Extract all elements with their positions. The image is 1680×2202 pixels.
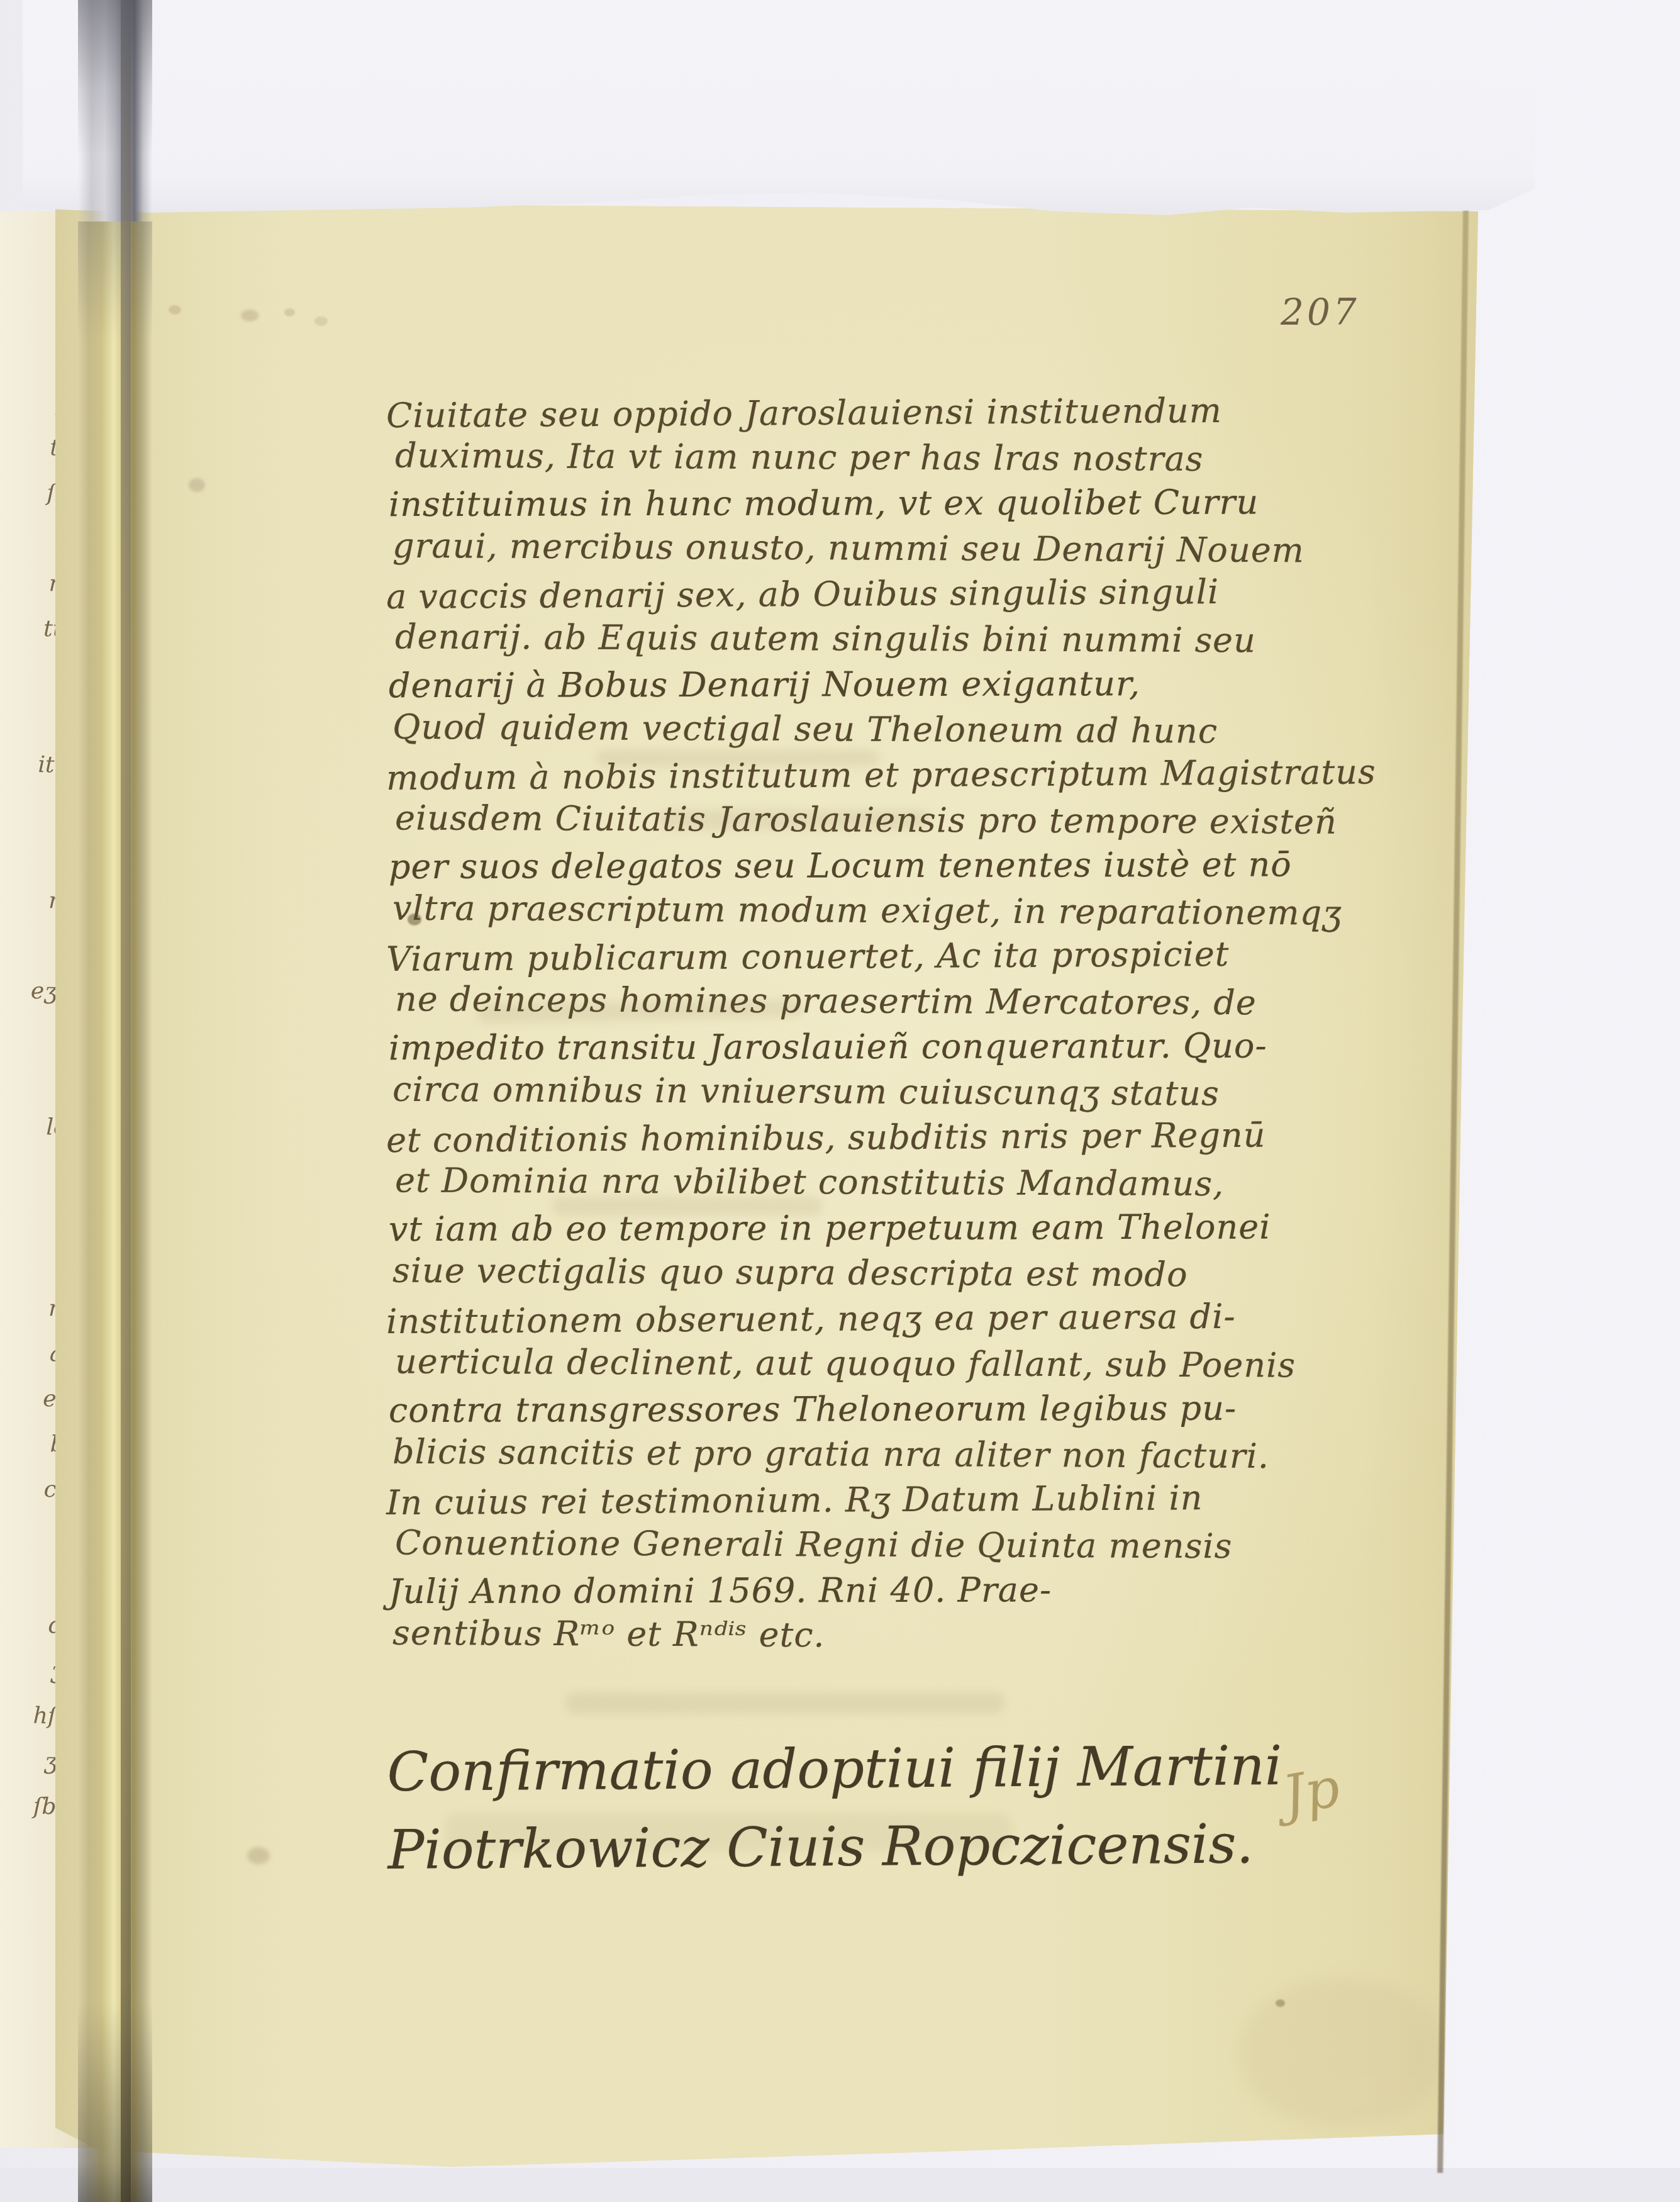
ink-stain [189,478,205,492]
manuscript-line: et conditionis hominibus, subditis nris … [386,1112,1423,1163]
manuscript-line: vltra praescriptum modum exiget, in repa… [392,886,1423,937]
manuscript-line: impedito transitu Jaroslauieñ conquerant… [389,1023,1423,1071]
manuscript-line: per suos delegatos seu Locum tenentes iu… [389,842,1423,890]
manuscript-line: ne deinceps homines praesertim Mercatore… [395,976,1423,1026]
manuscript-line: In cuius rei testimonium. Rʒ Datum Lubli… [386,1474,1423,1526]
manuscript-line: vt iam ab eo tempore in perpetuum eam Th… [389,1204,1423,1252]
manuscript-line: denarij. ab Equis autem singulis bini nu… [395,614,1423,664]
ink-stain [314,316,328,326]
manuscript-line: eiusdem Ciuitatis Jaroslauiensis pro tem… [395,795,1423,845]
manuscript-line: Quod quidem vectigal seu Theloneum ad hu… [392,705,1423,756]
manuscript-line: siue vectigalis quo supra descripta est … [392,1248,1423,1299]
ink-stain [247,1847,270,1864]
ink-stain [169,305,181,315]
page-number: 207 [1281,291,1360,333]
gutter-film-strip [78,221,152,2202]
manuscript-line: a vaccis denarij sex, ab Ouibus singulis… [386,568,1423,620]
manuscript-line: Conuentione Generali Regni die Quinta me… [395,1520,1423,1570]
manuscript-line: contra transgressores Theloneorum legibu… [389,1385,1423,1433]
manuscript-body: Ciuitate seu oppido Jaroslauiensi instit… [385,390,1423,1658]
manuscript-line: circa omnibus in vniuersum cuiuscunqʒ st… [392,1067,1423,1118]
manuscript-line: sentibus Rᵐᵒ et Rⁿᵈⁱˢ etc. [392,1611,1423,1662]
manuscript-line: institutionem obseruent, neqʒ ea per aue… [386,1293,1423,1344]
manuscript-line: Ciuitate seu oppido Jaroslauiensi instit… [386,387,1423,439]
section-heading-line: Confirmatio adoptiui filij Martini [387,1727,1282,1811]
backing-sheet-bottom [0,2168,1680,2202]
manuscript-line: modum à nobis institutum et praescriptum… [386,749,1423,801]
manuscript-line: uerticula declinent, aut quoquo fallant,… [395,1339,1423,1389]
manuscript-page: 207 Ciuitate seu oppido Jaroslauiensi in… [55,203,1478,2177]
manuscript-line: denarij à Bobus Denarij Nouem exigantur, [389,661,1423,708]
manuscript-scan: ſʒ tis ſto o: m: tur t ititi b ʒ: ni: o:… [0,0,1680,2202]
ink-stain [284,308,295,316]
manuscript-line: Julij Anno domini 1569. Rni 40. Prae- [389,1567,1423,1614]
manuscript-line: instituimus in hunc modum, vt ex quolibe… [389,479,1423,527]
ink-stain [1238,1977,1445,2128]
ink-stain [241,310,259,321]
section-heading-line: Piotrkowicz Ciuis Ropczicensis. [387,1805,1282,1889]
manuscript-line: et Dominia nra vbilibet constitutis Mand… [395,1158,1423,1207]
manuscript-line: blicis sancitis et pro gratia nra aliter… [392,1429,1423,1480]
gutter-fold-line [121,0,131,2202]
gutter-film-strip-top [78,0,152,221]
notarial-paraph: Jp [1278,1756,1345,1828]
manuscript-line: duximus, Ita vt iam nunc per has lras no… [395,433,1423,483]
bleedthrough-smudge [565,1692,1005,1714]
manuscript-line: graui, mercibus onusto, nummi seu Denari… [392,523,1423,574]
section-heading: Confirmatio adoptiui filij Martini Piotr… [387,1727,1282,1889]
top-cover-sheet [23,0,1535,219]
manuscript-line: Viarum publicarum conuertet, Ac ita pros… [386,931,1423,982]
